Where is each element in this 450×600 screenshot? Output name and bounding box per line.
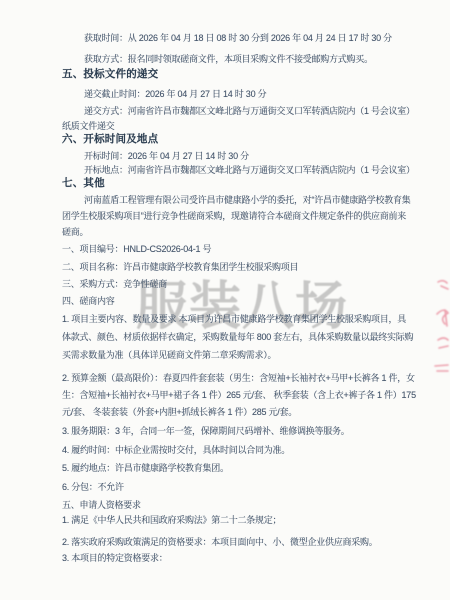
doc-line: 河南蓝盾工程管理有限公司受许昌市健康路小学的委托，对“许昌市健康路学校教育集 xyxy=(84,194,411,206)
doc-line: 3. 本项目的特定资格要求： xyxy=(62,552,168,564)
doc-line: 一、项目编号：HNLD-CS2026-04-1 号 xyxy=(62,243,211,255)
doc-line: 3. 服务期限：3 年，合同一年一签，保障期间尺码增补、维修调换等服务。 xyxy=(62,425,350,437)
doc-line: 体款式、颜色、材质依据样衣确定，采购数量每年 800 套左右，具体采购数量以最终… xyxy=(62,331,413,343)
doc-line: 4. 履约时间：中标企业需按时交付，具体时间以合同为准。 xyxy=(62,444,290,456)
doc-line: 获取时间：从 2026 年 04 月 18 日 08 时 30 分到 2026 … xyxy=(84,32,392,44)
doc-line: 买需求数量为准（具体详见磋商文件第二章采购需求）。 xyxy=(62,349,276,361)
doc-line: 开标时间：2026 年 04 月 27 日 14 时 30 分 xyxy=(84,150,249,162)
doc-line: 1. 满足《中华人民共和国政府采购法》第二十二条规定； xyxy=(62,514,281,526)
doc-line: 二、项目名称：许昌市健康路学校教育集团学生校服采购项目 xyxy=(62,261,298,273)
doc-line: 获取方式：报名同时领取磋商文件，本项目采购文件不接受邮购方式购买。 xyxy=(84,53,373,65)
section-heading: 七、其他 xyxy=(62,177,105,189)
doc-line: 2. 预算金额（最高限价）：春夏四件套套装（男生：含短袖+长袖衬衣+马甲+长裤各… xyxy=(62,372,415,384)
doc-line: 2. 落实政府采购政策满足的资格要求：本项目面向中、小、微型企业供应商采购。 xyxy=(62,536,378,548)
doc-line: 三、采购方式：竞争性磋商 xyxy=(62,278,167,290)
doc-line: 元/套、 冬装套装（外套+内胆+抓绒长裤各 1 件）285 元/套。 xyxy=(62,406,297,418)
doc-line: 磋商。 xyxy=(62,226,88,238)
doc-line: 6. 分包：不允许 xyxy=(62,481,124,493)
document-page: 服装八场 获取时间：从 2026 年 04 月 18 日 08 时 30 分到 … xyxy=(0,0,450,600)
section-heading: 五、投标文件的递交 xyxy=(62,68,158,80)
stamp-fragment-icon xyxy=(430,274,450,404)
doc-line: 递交方式：河南省许昌市魏都区文峰北路与万通街交叉口军转酒店院内（1 号会议室） xyxy=(84,105,415,117)
doc-line: 生：含短袖+长袖衬衣+马甲+裙子各 1 件）265 元/套、 秋季套装（含上衣+… xyxy=(62,389,416,401)
watermark: 服装八场 xyxy=(136,264,348,339)
section-heading: 六、开标时间及地点 xyxy=(62,133,158,145)
doc-line: 团学生校服采购项目”进行竞争性磋商采购，现邀请符合本磋商文件规定条件的供应商前来 xyxy=(62,210,406,222)
doc-line: 纸质文件递交 xyxy=(62,120,115,132)
doc-line: 开标地点：河南省许昌市魏都区文峰北路与万通街交叉口军转酒店院内（1 号会议室） xyxy=(84,164,415,176)
doc-line: 1. 项目主要内容、数量及要求 本项目为许昌市健康路学校教育集团学生校服采购项目… xyxy=(62,313,406,325)
doc-line: 五、申请人资格要求 xyxy=(62,499,141,511)
doc-line: 四、磋商内容 xyxy=(62,295,115,307)
doc-line: 递交截止时间：2026 年 04 月 27 日 14 时 30 分 xyxy=(84,88,266,100)
doc-line: 5. 履约地点：许昌市健康路学校教育集团。 xyxy=(62,462,229,474)
